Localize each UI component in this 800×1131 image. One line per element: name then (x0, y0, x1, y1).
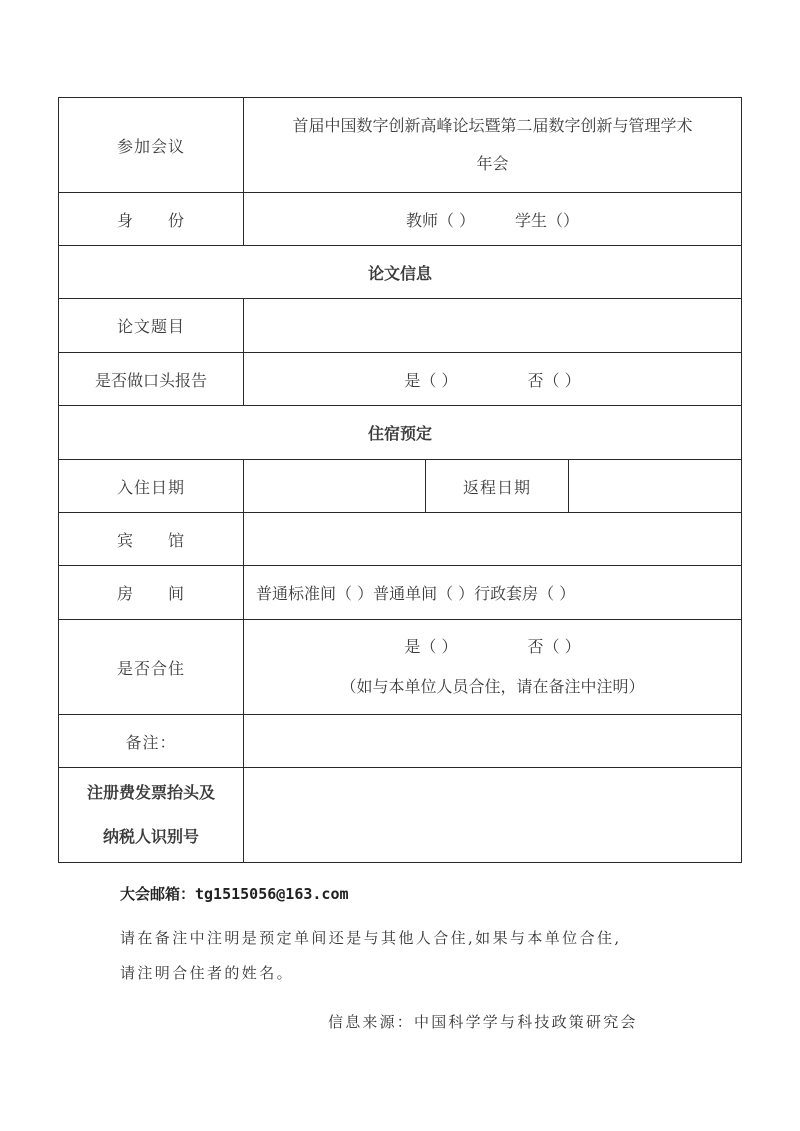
oral-report-yes-option[interactable]: 是（ ） (404, 371, 457, 390)
hotel-field[interactable] (244, 513, 742, 566)
lodging-section-title: 住宿预定 (59, 406, 742, 460)
invoice-label-line2: 纳税人识别号 (59, 815, 243, 859)
oral-report-no-option[interactable]: 否（ ） (528, 371, 581, 390)
info-source: 信息来源：中国科学学与科技政策研究会 (328, 1011, 638, 1032)
paper-title-row: 论文题目 (59, 299, 742, 353)
dates-row: 入住日期 返程日期 (59, 460, 742, 513)
student-option[interactable]: 学生（） (515, 211, 579, 230)
teacher-option[interactable]: 教师（ ） (406, 211, 475, 230)
invoice-label: 注册费发票抬头及 纳税人识别号 (59, 768, 244, 863)
oral-report-label: 是否做口头报告 (59, 353, 244, 406)
share-room-no-option[interactable]: 否（ ） (528, 637, 581, 656)
checkin-date-field[interactable] (244, 460, 426, 513)
room-row: 房 间 普通标准间（ ）普通单间（ ）行政套房（ ） (59, 566, 742, 620)
paper-title-field[interactable] (244, 299, 742, 353)
oral-report-options: 是（ ）否（ ） (244, 353, 742, 406)
invoice-row: 注册费发票抬头及 纳税人识别号 (59, 768, 742, 863)
hotel-label: 宾 馆 (59, 513, 244, 566)
oral-report-row: 是否做口头报告 是（ ）否（ ） (59, 353, 742, 406)
invoice-field[interactable] (244, 768, 742, 863)
paper-section-title: 论文信息 (59, 246, 742, 299)
remarks-label: 备注： (59, 715, 244, 768)
lodging-section-row: 住宿预定 (59, 406, 742, 460)
share-room-options: 是（ ）否（ ） （如与本单位人员合住，请在备注中注明） (244, 620, 742, 715)
conference-label: 参加会议 (59, 98, 244, 193)
remarks-field[interactable] (244, 715, 742, 768)
conference-row: 参加会议 首届中国数字创新高峰论坛暨第二届数字创新与管理学术 年会 (59, 98, 742, 193)
share-room-yes-option[interactable]: 是（ ） (404, 637, 457, 656)
hotel-row: 宾 馆 (59, 513, 742, 566)
conference-value: 首届中国数字创新高峰论坛暨第二届数字创新与管理学术 年会 (244, 98, 742, 193)
invoice-label-line1: 注册费发票抬头及 (59, 771, 243, 815)
footer-note-line2: 请注明合住者的姓名。 (120, 962, 294, 983)
return-date-label: 返程日期 (426, 460, 569, 513)
conference-email: 大会邮箱：tg1515056@163.com (120, 883, 349, 904)
registration-form-table: 参加会议 首届中国数字创新高峰论坛暨第二届数字创新与管理学术 年会 身 份 教师… (58, 97, 742, 863)
checkin-date-label: 入住日期 (59, 460, 244, 513)
identity-row: 身 份 教师（ ）学生（） (59, 193, 742, 246)
room-type-options[interactable]: 普通标准间（ ）普通单间（ ）行政套房（ ） (244, 566, 742, 620)
share-room-label: 是否合住 (59, 620, 244, 715)
paper-section-row: 论文信息 (59, 246, 742, 299)
return-date-field[interactable] (569, 460, 742, 513)
paper-title-label: 论文题目 (59, 299, 244, 353)
identity-label: 身 份 (59, 193, 244, 246)
remarks-row: 备注： (59, 715, 742, 768)
share-room-row: 是否合住 是（ ）否（ ） （如与本单位人员合住，请在备注中注明） (59, 620, 742, 715)
share-room-hint: （如与本单位人员合住，请在备注中注明） (244, 667, 741, 707)
identity-options: 教师（ ）学生（） (244, 193, 742, 246)
room-label: 房 间 (59, 566, 244, 620)
footer-note-line1: 请在备注中注明是预定单间还是与其他人合住,如果与本单位合住, (120, 927, 622, 948)
